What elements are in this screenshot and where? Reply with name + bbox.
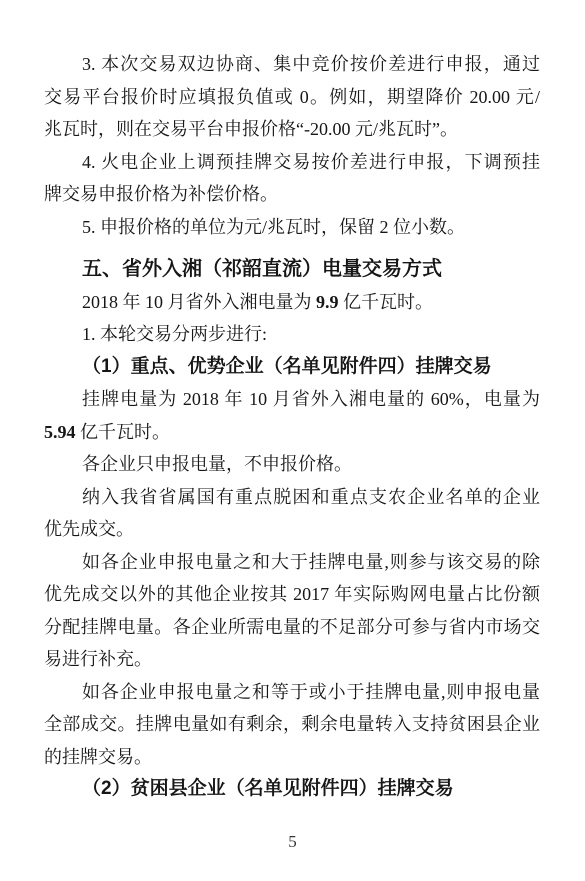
text-line: 挂牌电量为 2018 年 10 月省外入湘电量的 60%，电量为 <box>44 383 540 416</box>
text-segment: 1. 本轮交易分两步进行: <box>82 324 267 344</box>
text-segment: 兆瓦时，则在交易平台申报价格“-20.00 元/兆瓦时”。 <box>44 119 458 139</box>
text-segment: 4. 火电企业上调预挂牌交易按价差进行申报，下调预挂 <box>82 152 540 172</box>
text-line: 纳入我省省属国有重点脱困和重点支农企业名单的企业 <box>44 481 540 514</box>
text-line: 易进行补充。 <box>44 643 540 676</box>
text-line: 优先成交以外的其他企业按其 2017 年实际购网电量占比份额 <box>44 578 540 611</box>
page-number: 5 <box>288 832 297 851</box>
text-segment: 优先成交。 <box>44 519 134 539</box>
text-segment: 纳入我省省属国有重点脱困和重点支农企业名单的企业 <box>82 487 540 507</box>
emphasized-number: 5.94 <box>44 422 76 442</box>
text-line: 交易平台报价时应填报负值或 0。例如，期望降价 20.00 元/ <box>44 81 540 114</box>
text-segment: 亿千瓦时。 <box>76 422 171 442</box>
text-segment: 交易平台报价时应填报负值或 0。例如，期望降价 20.00 元/ <box>44 87 540 107</box>
text-line: 2018 年 10 月省外入湘电量为 9.9 亿千瓦时。 <box>44 286 540 319</box>
text-segment: 5. 申报价格的单位为元/兆瓦时，保留 2 位小数。 <box>82 217 465 237</box>
text-line: 如各企业申报电量之和等于或小于挂牌电量,则申报电量 <box>44 676 540 709</box>
text-segment: 易进行补充。 <box>44 649 152 669</box>
text-line: 牌交易申报价格为补偿价格。 <box>44 178 540 211</box>
document-page: 3. 本次交易双边协商、集中竞价按价差进行申报，通过交易平台报价时应填报负值或 … <box>0 0 585 881</box>
text-line: 如各企业申报电量之和大于挂牌电量,则参与该交易的除 <box>44 546 540 579</box>
text-line: 5. 申报价格的单位为元/兆瓦时，保留 2 位小数。 <box>44 211 540 244</box>
text-line: 全部成交。挂牌电量如有剩余，剩余电量转入支持贫困县企业 <box>44 708 540 741</box>
text-line: 的挂牌交易。 <box>44 741 540 774</box>
text-segment: （2）贫困县企业（名单见附件四）挂牌交易 <box>82 778 454 799</box>
text-line: 3. 本次交易双边协商、集中竞价按价差进行申报，通过 <box>44 48 540 81</box>
text-line: 4. 火电企业上调预挂牌交易按价差进行申报，下调预挂 <box>44 146 540 179</box>
text-segment: 优先成交以外的其他企业按其 2017 年实际购网电量占比份额 <box>44 584 540 604</box>
text-line: 各企业只申报电量，不申报价格。 <box>44 448 540 481</box>
text-segment: 全部成交。挂牌电量如有剩余，剩余电量转入支持贫困县企业 <box>44 714 540 734</box>
text-segment: 五、省外入湘（祁韶直流）电量交易方式 <box>82 258 442 280</box>
text-segment: 亿千瓦时。 <box>339 292 434 312</box>
text-segment: （1）重点、优势企业（名单见附件四）挂牌交易 <box>82 356 492 377</box>
text-segment: 分配挂牌电量。各企业所需电量的不足部分可参与省内市场交 <box>44 617 540 637</box>
text-segment: 牌交易申报价格为补偿价格。 <box>44 184 278 204</box>
sub-heading: （1）重点、优势企业（名单见附件四）挂牌交易 <box>44 351 540 384</box>
text-segment: 挂牌电量为 2018 年 10 月省外入湘电量的 60%，电量为 <box>82 389 540 409</box>
text-segment: 如各企业申报电量之和大于挂牌电量,则参与该交易的除 <box>82 552 540 572</box>
text-line: 分配挂牌电量。各企业所需电量的不足部分可参与省内市场交 <box>44 611 540 644</box>
text-line: 兆瓦时，则在交易平台申报价格“-20.00 元/兆瓦时”。 <box>44 113 540 146</box>
text-line: 1. 本轮交易分两步进行: <box>44 318 540 351</box>
text-segment: 如各企业申报电量之和等于或小于挂牌电量,则申报电量 <box>82 682 540 702</box>
text-segment: 的挂牌交易。 <box>44 747 152 767</box>
text-line: 优先成交。 <box>44 513 540 546</box>
text-line: 5.94 亿千瓦时。 <box>44 416 540 449</box>
document-lines: 3. 本次交易双边协商、集中竞价按价差进行申报，通过交易平台报价时应填报负值或 … <box>0 0 585 806</box>
text-segment: 3. 本次交易双边协商、集中竞价按价差进行申报，通过 <box>82 54 540 74</box>
text-segment: 2018 年 10 月省外入湘电量为 <box>82 292 316 312</box>
emphasized-number: 9.9 <box>316 292 339 312</box>
sub-heading: （2）贫困县企业（名单见附件四）挂牌交易 <box>44 773 540 806</box>
section-heading: 五、省外入湘（祁韶直流）电量交易方式 <box>44 253 540 286</box>
page-footer: 5 <box>0 832 585 852</box>
text-segment: 各企业只申报电量，不申报价格。 <box>82 454 352 474</box>
